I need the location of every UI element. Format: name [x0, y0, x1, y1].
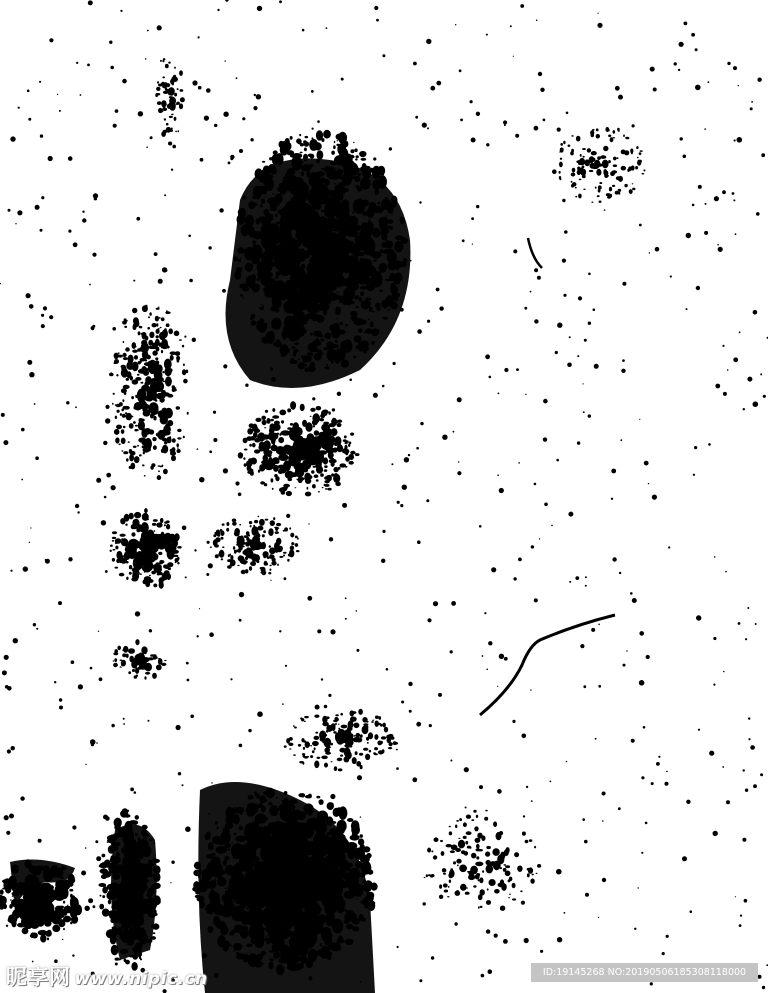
- splatter-texture: [0, 0, 768, 993]
- watermark-id-badge: ID:19145268 NO:20190506185308118000: [531, 963, 758, 982]
- watermark-site: 昵享网www.nipic.cn: [6, 961, 208, 991]
- watermark-site-url: www.nipic.cn: [75, 969, 208, 989]
- watermark-site-name: 昵享网: [6, 965, 71, 989]
- grunge-texture-image: 昵享网www.nipic.cn ID:19145268 NO:201905061…: [0, 0, 768, 993]
